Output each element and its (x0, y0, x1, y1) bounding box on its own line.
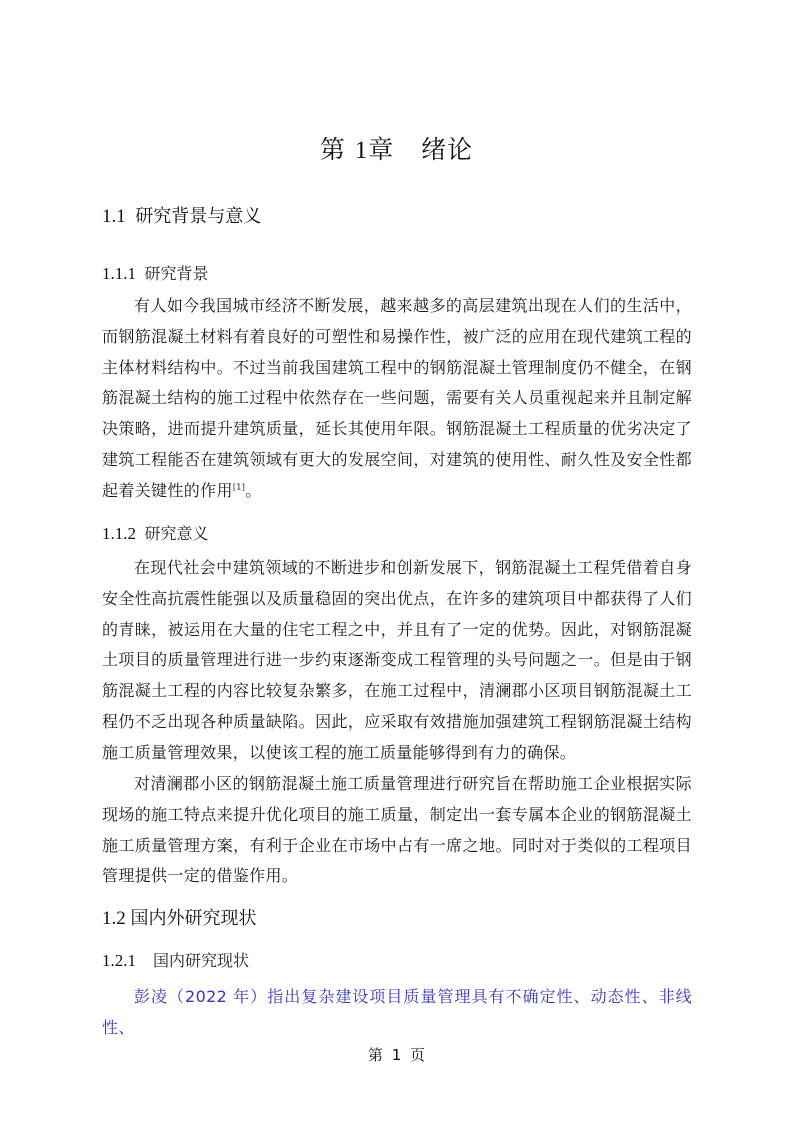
citation-ref[interactable]: [1] (233, 482, 245, 491)
paragraph-tail: 。 (245, 481, 261, 500)
paragraph-text: 对清澜郡小区的钢筋混凝土施工质量管理进行研究旨在帮助施工企业根据实际现场的施工特… (102, 774, 692, 885)
document-page: 第 1章 绪论 1.1 研究背景与意义 1.1.1 研究背景 有人如今我国城市经… (0, 0, 793, 1122)
section-number: 1.1 (102, 206, 126, 227)
chapter-title: 第 1章 绪论 (0, 130, 793, 166)
subsection-heading-1-1-1: 1.1.1 研究背景 (102, 261, 209, 284)
paragraph-text: 有人如今我国城市经济不断发展，越来越多的高层建筑出现在人们的生活中，而钢筋混凝土… (102, 296, 692, 500)
subsection-heading-1-2-1: 1.2.1 国内研究现状 (102, 948, 249, 971)
subsection-title: 研究背景 (145, 264, 209, 283)
subsection-title: 国内研究现状 (153, 951, 249, 970)
paragraph-research-significance-1: 在现代社会中建筑领域的不断进步和创新发展下，钢筋混凝土工程凭借着自身安全性高抗震… (102, 553, 692, 769)
subsection-title: 研究意义 (145, 524, 209, 543)
chapter-name: 绪论 (421, 135, 473, 164)
chapter-prefix: 第 (320, 135, 346, 164)
section-heading-1-2: 1.2 国内外研究现状 (102, 904, 257, 930)
subsection-number: 1.2.1 (102, 951, 136, 970)
footer-prefix: 第 (368, 1046, 383, 1064)
paragraph-domestic-research: 彭凌（2022 年）指出复杂建设项目质量管理具有不确定性、动态性、非线性、 (102, 982, 692, 1044)
paragraph-research-significance-2: 对清澜郡小区的钢筋混凝土施工质量管理进行研究旨在帮助施工企业根据实际现场的施工特… (102, 769, 692, 892)
paragraph-text: 在现代社会中建筑领域的不断进步和创新发展下，钢筋混凝土工程凭借着自身安全性高抗震… (102, 558, 692, 762)
subsection-heading-1-1-2: 1.1.2 研究意义 (102, 521, 209, 544)
chapter-number: 1 (355, 137, 369, 164)
page-number: 1 (392, 1046, 402, 1064)
subsection-number: 1.1.2 (102, 524, 136, 543)
subsection-number: 1.1.1 (102, 264, 136, 283)
section-heading-1-1: 1.1 研究背景与意义 (102, 202, 261, 228)
chapter-suffix: 章 (368, 135, 394, 164)
section-title: 国内外研究现状 (131, 908, 257, 929)
section-title: 研究背景与意义 (135, 206, 261, 227)
section-number: 1.2 (102, 908, 126, 929)
paragraph-text: 彭凌（2022 年）指出复杂建设项目质量管理具有不确定性、动态性、非线性、 (102, 987, 692, 1037)
page-footer: 第 1 页 (0, 1044, 793, 1065)
paragraph-research-background: 有人如今我国城市经济不断发展，越来越多的高层建筑出现在人们的生活中，而钢筋混凝土… (102, 291, 692, 507)
footer-suffix: 页 (410, 1046, 425, 1064)
